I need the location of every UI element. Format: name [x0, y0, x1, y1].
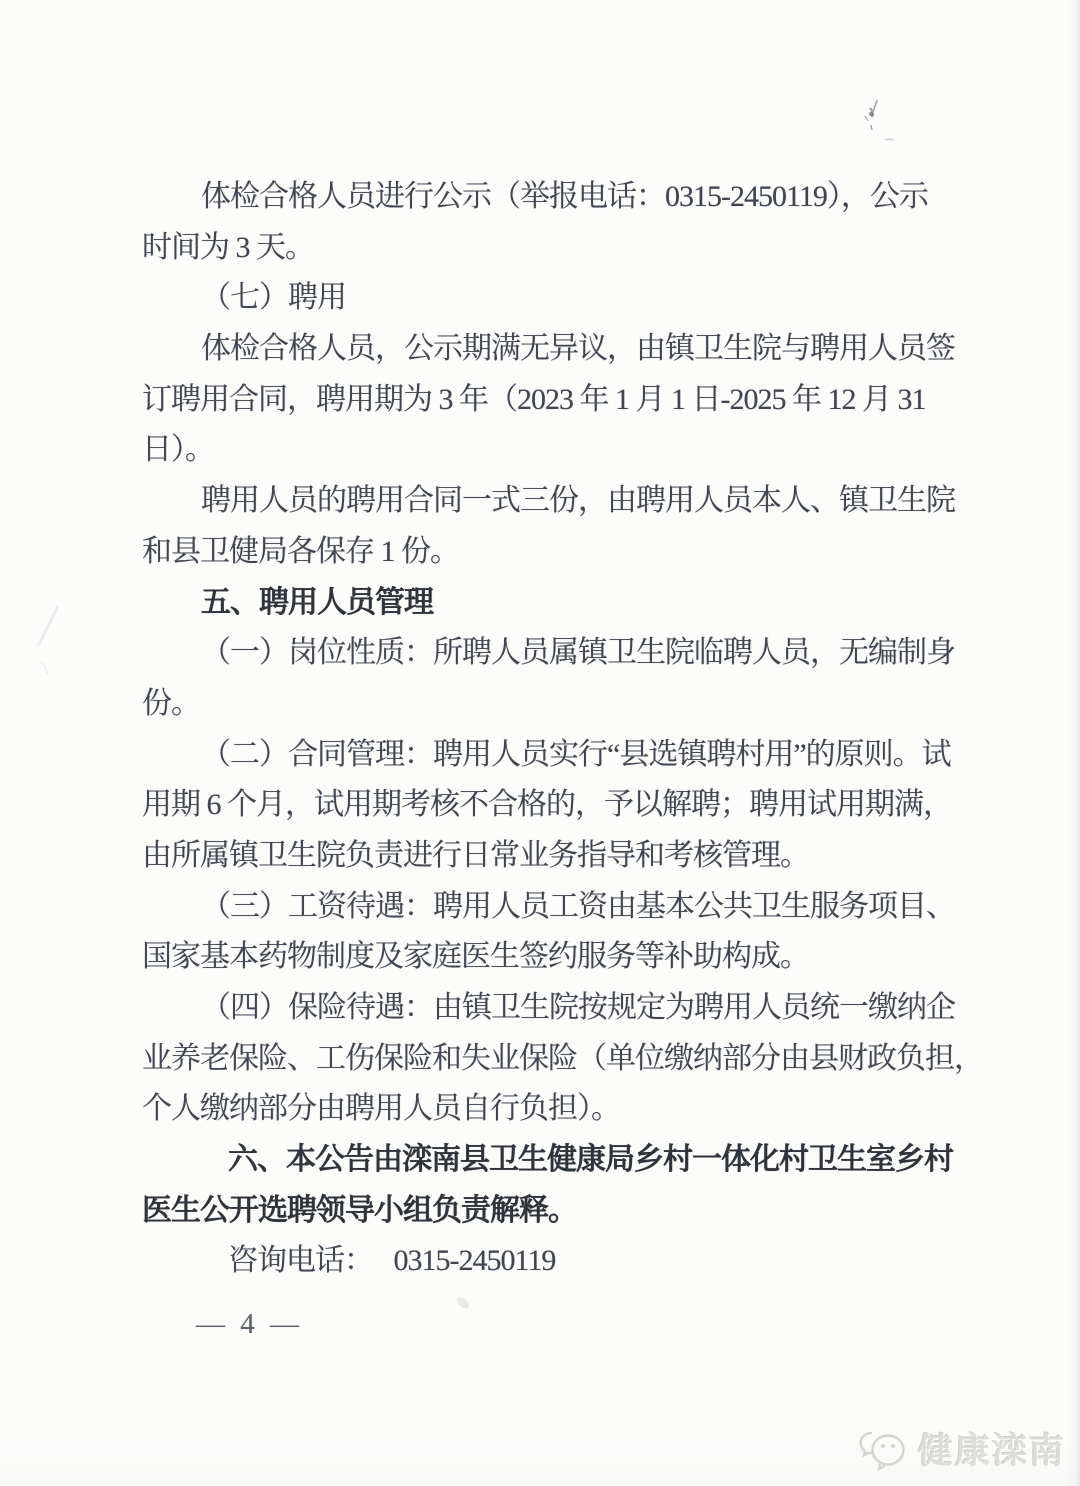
wechat-bubbles-icon	[858, 1427, 910, 1471]
text-line: 时间为 3 天。	[142, 223, 954, 274]
text-line: 由所属镇卫生院负责进行日常业务指导和考核管理。	[142, 831, 954, 882]
text-line: 业养老保险、工伤保险和失业保险（单位缴纳部分由县财政负担，	[142, 1034, 954, 1085]
text-line: 体检合格人员，公示期满无异议，由镇卫生院与聘用人员签	[142, 324, 954, 375]
text-line: （四）保险待遇：由镇卫生院按规定为聘用人员统一缴纳企	[142, 983, 954, 1034]
text-line: （七）聘用	[142, 273, 954, 324]
watermark-text: 健康滦南	[918, 1424, 1066, 1474]
document-text: 体检合格人员进行公示（举报电话：0315-2450119），公示时间为 3 天。…	[142, 172, 954, 1287]
text-line: 和县卫健局各保存 1 份。	[142, 527, 954, 578]
document-page: 体检合格人员进行公示（举报电话：0315-2450119），公示时间为 3 天。…	[0, 0, 1080, 1486]
text-line: （三）工资待遇：聘用人员工资由基本公共卫生服务项目、	[142, 882, 954, 933]
page-number: — 4 —	[196, 1308, 303, 1341]
text-line: 国家基本药物制度及家庭医生签约服务等补助构成。	[142, 932, 954, 983]
text-line: 五、聘用人员管理	[142, 578, 954, 629]
text-line: 个人缴纳部分由聘用人员自行负担）。	[142, 1084, 954, 1135]
text-line: 日）。	[142, 425, 954, 476]
text-line: 份。	[142, 679, 954, 730]
text-line: 订聘用合同，聘用期为 3 年（2023 年 1 月 1 日-2025 年 12 …	[142, 375, 954, 426]
text-line: 聘用人员的聘用合同一式三份，由聘用人员本人、镇卫生院	[142, 476, 954, 527]
text-line: 体检合格人员进行公示（举报电话：0315-2450119），公示	[142, 172, 954, 223]
text-line: 六、本公告由滦南县卫生健康局乡村一体化村卫生室乡村	[142, 1135, 954, 1186]
ink-smudge	[855, 92, 915, 177]
watermark: 健康滦南	[858, 1424, 1066, 1474]
pencil-mark	[28, 600, 68, 680]
scan-speck	[448, 1288, 478, 1318]
text-line: （一）岗位性质：所聘人员属镇卫生院临聘人员，无编制身	[142, 628, 954, 679]
text-line: （二）合同管理：聘用人员实行“县选镇聘村用”的原则。试	[142, 730, 954, 781]
text-line: 医生公开选聘领导小组负责解释。	[142, 1186, 954, 1237]
text-line: 用期 6 个月，试用期考核不合格的，予以解聘；聘用试用期满，	[142, 780, 954, 831]
text-line: 咨询电话： 0315-2450119	[142, 1236, 954, 1287]
